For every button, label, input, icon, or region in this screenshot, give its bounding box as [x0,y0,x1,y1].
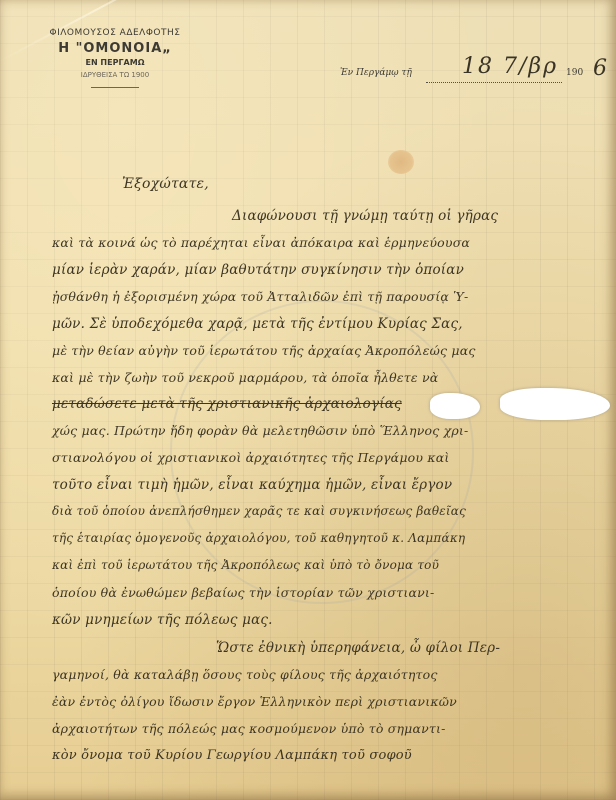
letter-line: χώς μας. Πρώτην ἤδη φορὰν θὰ μελετηθῶσιν… [52,423,468,438]
letterhead-society: ΦΙΛΟΜΟΥΣΟΣ ΑΔΕΛΦΟΤΗΣ [40,28,190,38]
letterhead-ornament-rule [91,87,139,88]
letterhead-founded: ΙΔΡΥΘΕΙΣΑ ΤΩ 1900 [40,71,190,79]
letter-line: κῶν μνημείων τῆς πόλεως μας. [52,612,273,628]
dateline-year-printed: 190 [566,68,583,78]
letter-page: ΦΙΛΟΜΟΥΣΟΣ ΑΔΕΛΦΟΤΗΣ Η "ΟΜΟΝΟΙΑ„ ΕΝ ΠΕΡΓ… [0,0,616,800]
letter-line: ἀρχαιοτήτων τῆς πόλεώς μας κοσμούμενον ὑ… [52,721,446,736]
dateline-date: 18 7/βρ [462,54,558,79]
letter-line: κὸν ὄνομα τοῦ Κυρίου Γεωργίου Λαμπάκη το… [52,748,412,763]
letter-line: Ὥστε ἐθνικὴ ὑπερηφάνεια, ὦ φίλοι Περ- [216,640,500,656]
letter-line: στιανολόγου οἱ χριστιανικοὶ ἀρχαιότητες … [52,450,450,465]
letter-line: διὰ τοῦ ὁποίου ἀνεπλήσθημεν χαρᾶς τε καὶ… [52,504,466,518]
dateline-year-handwritten: 6 [593,56,607,81]
letterhead: ΦΙΛΟΜΟΥΣΟΣ ΑΔΕΛΦΟΤΗΣ Η "ΟΜΟΝΟΙΑ„ ΕΝ ΠΕΡΓ… [40,28,190,88]
salutation: Ἐξοχώτατε, [122,176,209,192]
dateline-dotted-rule [426,82,562,83]
letter-line: ᾐσθάνθη ἡ ἐξορισμένη χώρα τοῦ Ἀτταλιδῶν … [52,289,468,304]
letter-line: ὁποίου θὰ ἐνωθώμεν βεβαίως τὴν ἱστορίαν … [52,585,434,600]
letter-line: καὶ ἐπὶ τοῦ ἱερωτάτου τῆς Ἀκροπόλεως καὶ… [52,558,439,572]
letter-line: μίαν ἱερὰν χαράν, μίαν βαθυτάτην συγκίνη… [52,262,464,278]
dateline: Ἐν Περγάμῳ τῇ 18 7/βρ 190 6 [340,54,610,84]
letterhead-place: ΕΝ ΠΕΡΓΑΜΩ [40,58,190,67]
letter-line: καὶ τὰ κοινά ὡς τὸ παρέχηται εἶναι ἀπόκα… [52,235,470,250]
dateline-place: Ἐν Περγάμῳ τῇ [340,68,412,78]
letter-line: τῆς ἑταιρίας ὁμογενοῦς ἀρχαιολόγου, τοῦ … [52,531,465,545]
letterhead-name: Η "ΟΜΟΝΟΙΑ„ [40,41,190,56]
letter-line: μῶν. Σὲ ὑποδεχόμεθα χαρᾷ, μετὰ τῆς ἐντίμ… [52,316,463,332]
letter-line: ἐὰν ἐντὸς ὀλίγου ἴδωσιν ἔργον Ἑλληνικὸν … [52,694,457,709]
paper-tear [430,393,480,419]
paper-tear [500,388,610,420]
letter-line: τοῦτο εἶναι τιμὴ ἡμῶν, εἶναι καύχημα ἡμῶ… [52,477,452,493]
letter-line-struck: μεταδώσετε μετὰ τῆς χριστιανικῆς ἀρχαιολ… [52,396,402,412]
letter-line: γαμηνοί, θὰ καταλάβῃ ὅσους τοὺς φίλους τ… [52,667,438,682]
letter-line: μὲ τὴν θείαν αὐγὴν τοῦ ἱερωτάτου τῆς ἀρχ… [52,343,476,358]
letter-line: καὶ μὲ τὴν ζωὴν τοῦ νεκροῦ μαρμάρου, τὰ … [52,370,438,385]
paper-stain [388,150,414,174]
letter-line: Διαφώνουσι τῇ γνώμῃ ταύτῃ οἱ γῆρας [232,208,498,224]
